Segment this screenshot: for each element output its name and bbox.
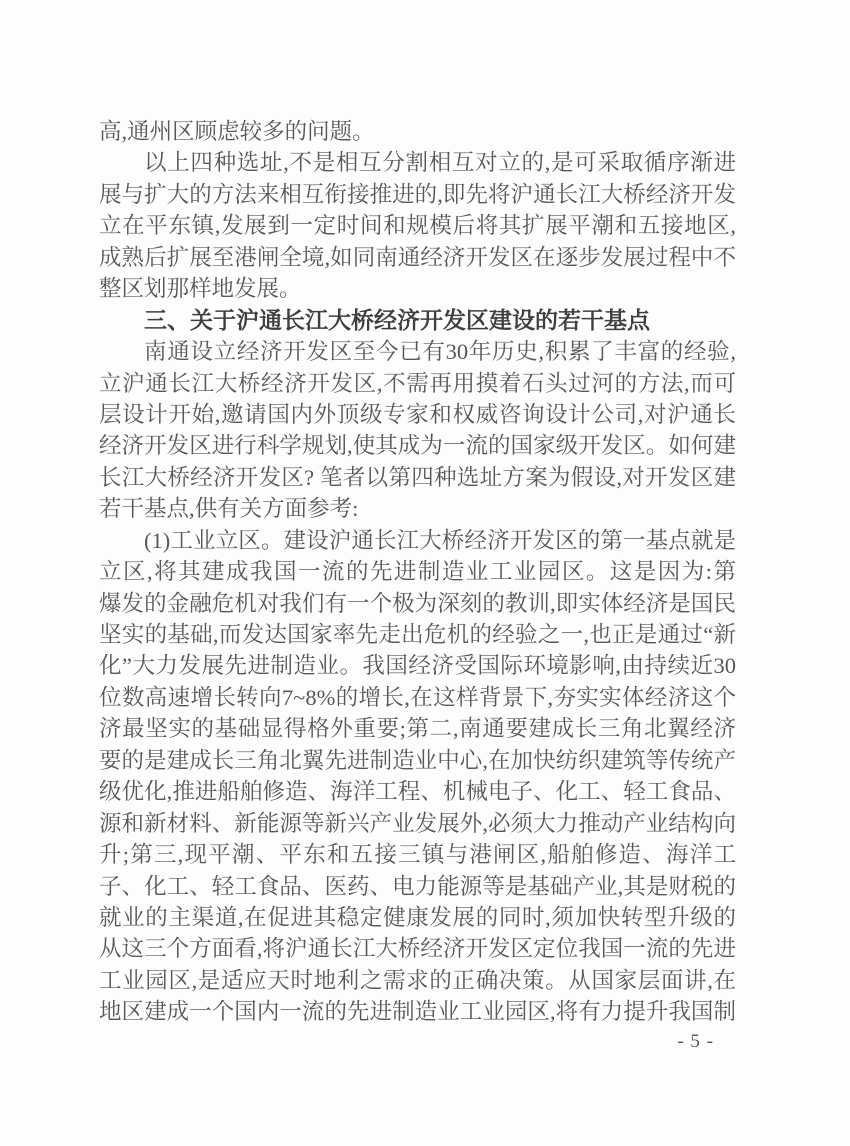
body-text-line: 南通设立经济开发区至今已有30年历史,积累了丰富的经验,今日设 xyxy=(99,336,736,367)
section-heading: 三、关于沪通长江大桥经济开发区建设的若干基点 xyxy=(99,305,736,336)
body-text-line: 坚实的基础,而发达国家率先走出危机的经验之一,也正是通过“新工业 xyxy=(99,619,736,650)
body-text-line: 以上四种选址,不是相互分割相互对立的,是可采取循序渐进逐步发 xyxy=(99,147,736,178)
body-text-line: 级优化,推进船舶修造、海洋工程、机械电子、化工、轻工食品、医药、电力能 xyxy=(99,776,736,807)
body-text-line: 若干基点,供有关方面参考: xyxy=(99,493,736,524)
body-text-line: 化”大力发展先进制造业。我国经济受国际环境影响,由持续近30年的两 xyxy=(99,650,736,681)
body-text-line: (1)工业立区。建设沪通长江大桥经济开发区的第一基点就是工业 xyxy=(99,525,736,556)
body-text-line: 就业的主渠道,在促进其稳定健康发展的同时,须加快转型升级的步伐。 xyxy=(99,902,736,933)
body-text-line: 要的是建成长三角北翼先进制造业中心,在加快纺织建筑等传统产业升 xyxy=(99,745,736,776)
body-text-line: 子、化工、轻工食品、医药、电力能源等是基础产业,其是财税的主要来源和 xyxy=(99,871,736,902)
body-text-line: 地区建成一个国内一流的先进制造业工业园区,将有力提升我国制造业的 xyxy=(99,996,736,1027)
body-text-line: 爆发的金融危机对我们有一个极为深刻的教训,即实体经济是国民经济最 xyxy=(99,588,736,619)
body-text-line: 济最坚实的基础显得格外重要;第二,南通要建成长三角北翼经济中心,首 xyxy=(99,713,736,744)
body-text-line: 立区,将其建成我国一流的先进制造业工业园区。这是因为:第一,2008年 xyxy=(99,556,736,587)
body-text-line: 立沪通长江大桥经济开发区,不需再用摸着石头过河的方法,而可以从顶 xyxy=(99,368,736,399)
body-text-line: 整区划那样地发展。 xyxy=(99,273,736,304)
body-text-line: 工业园区,是适应天时地利之需求的正确决策。从国家层面讲,在长三角 xyxy=(99,965,736,996)
text-block: 高,通州区顾虑较多的问题。以上四种选址,不是相互分割相互对立的,是可采取循序渐进… xyxy=(99,116,736,1028)
body-text-line: 高,通州区顾虑较多的问题。 xyxy=(99,116,736,147)
body-text-line: 长江大桥经济开发区? 笔者以第四种选址方案为假设,对开发区建设提出 xyxy=(99,462,736,493)
page-number: - 5 - xyxy=(99,1031,736,1053)
body-text-line: 经济开发区进行科学规划,使其成为一流的国家级开发区。如何建设沪通 xyxy=(99,430,736,461)
body-text-line: 成熟后扩展至港闸全境,如同南通经济开发区在逐步发展过程中不断调 xyxy=(99,242,736,273)
body-text-line: 展与扩大的方法来相互衔接推进的,即先将沪通长江大桥经济开发区设 xyxy=(99,179,736,210)
body-text-line: 立在平东镇,发展到一定时间和规模后将其扩展平潮和五接地区,等条件 xyxy=(99,210,736,241)
body-text-line: 升;第三,现平潮、平东和五接三镇与港闸区,船舶修造、海洋工程、机械电 xyxy=(99,839,736,870)
body-text-line: 源和新材料、新能源等新兴产业发展外,必须大力推动产业结构向高端攀 xyxy=(99,808,736,839)
body-text-line: 从这三个方面看,将沪通长江大桥经济开发区定位我国一流的先进制造业 xyxy=(99,933,736,964)
body-text-line: 层设计开始,邀请国内外顶级专家和权威咨询设计公司,对沪通长江大桥 xyxy=(99,399,736,430)
body-text-line: 位数高速增长转向7~8%的增长,在这样背景下,夯实实体经济这个国民经 xyxy=(99,682,736,713)
